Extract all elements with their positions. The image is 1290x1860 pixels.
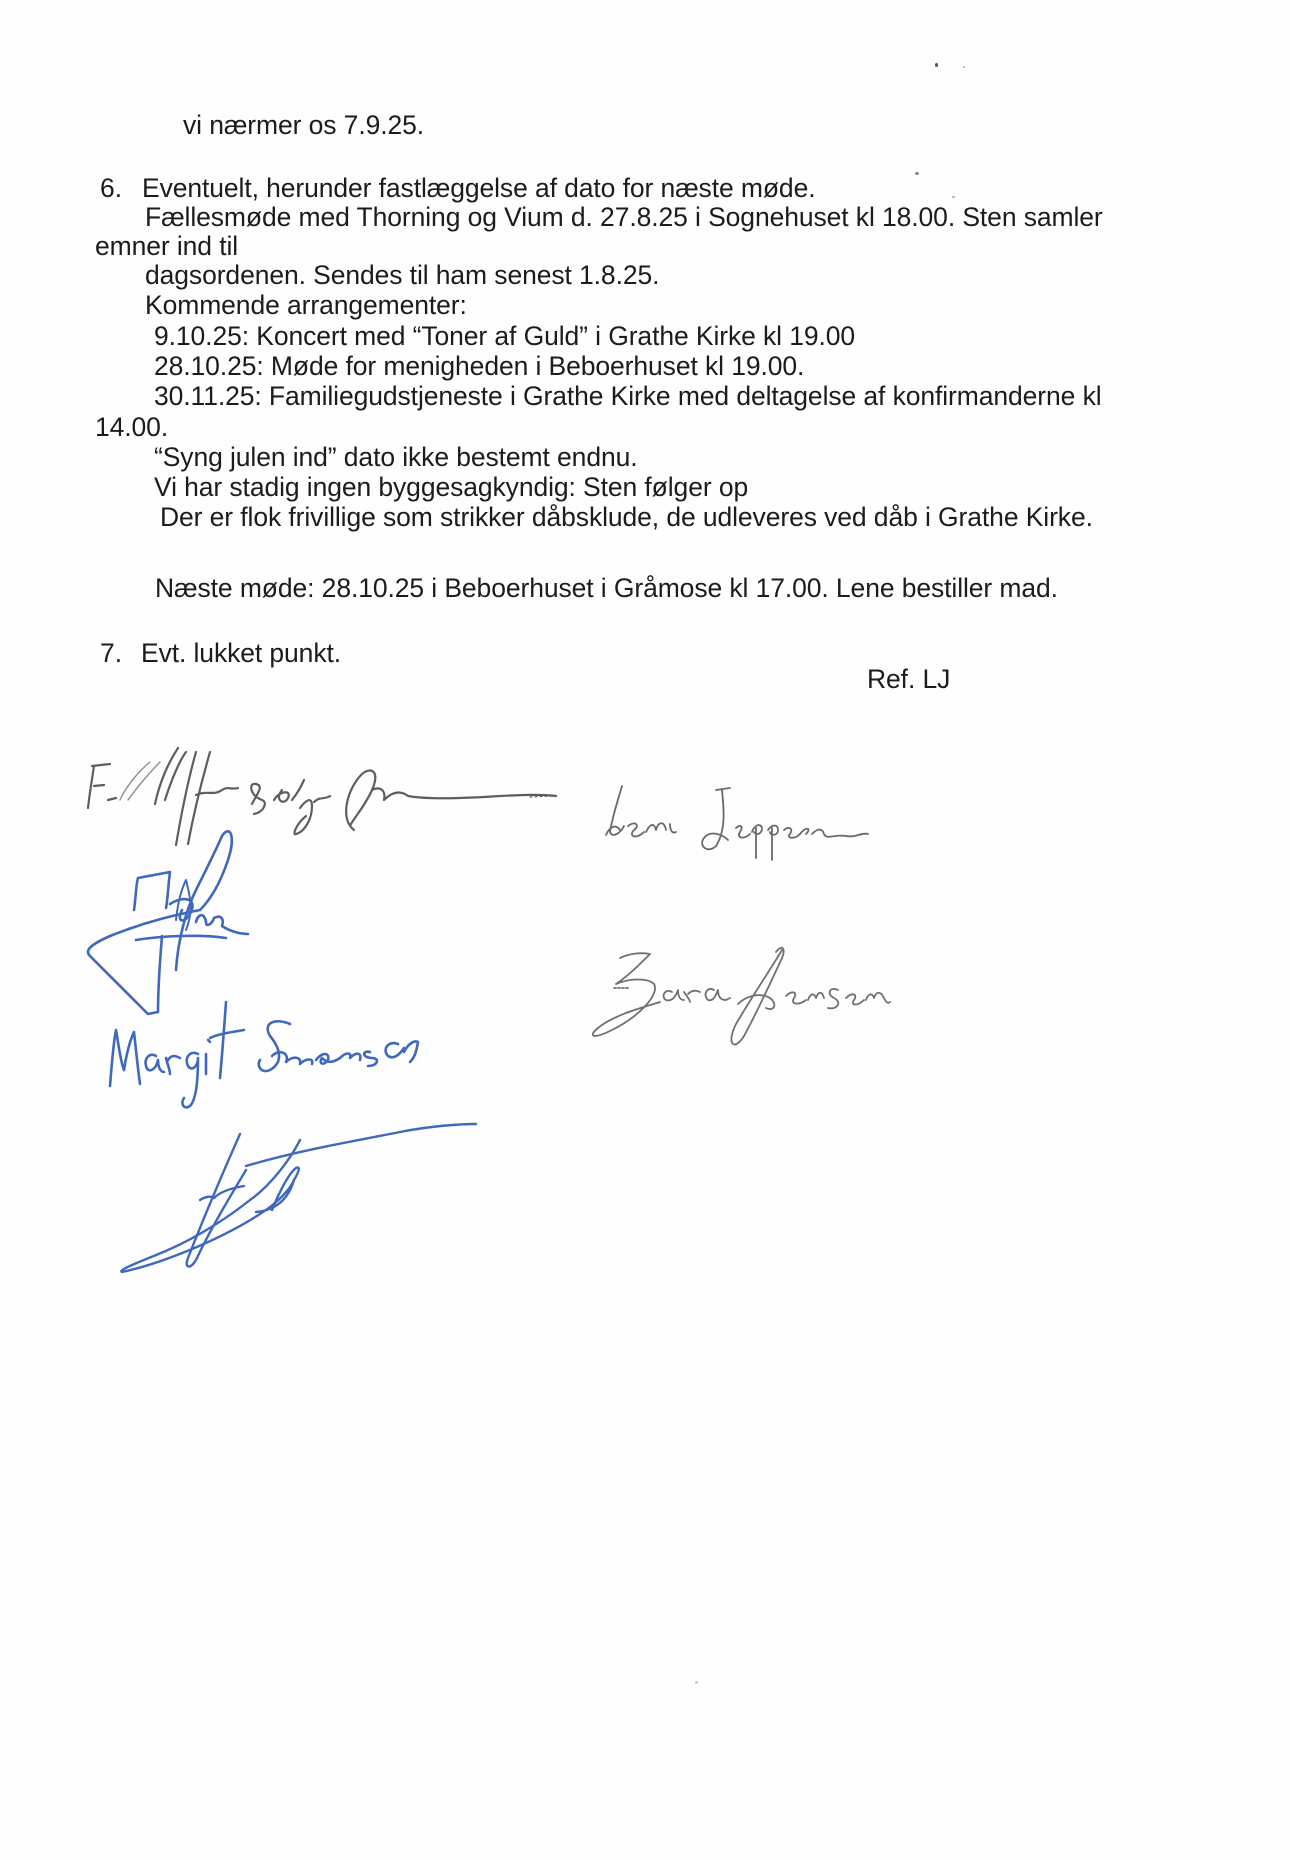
- event-line: 9.10.25: Koncert med “Toner af Guld” i G…: [154, 323, 855, 350]
- referent-label: Ref. LJ: [867, 666, 950, 693]
- item-number: 7.: [100, 640, 122, 667]
- body-line: 14.00.: [95, 414, 168, 441]
- body-line: dagsordenen. Sendes til ham senest 1.8.2…: [145, 262, 659, 289]
- body-line: emner ind til: [95, 233, 238, 260]
- signature-initials-blue: [88, 831, 248, 1014]
- event-line: 28.10.25: Møde for menigheden i Beboerhu…: [154, 353, 804, 380]
- item-title: Eventuelt, herunder fastlæggelse af dato…: [142, 175, 815, 202]
- body-line: “Syng julen ind” dato ikke bestemt endnu…: [154, 444, 638, 471]
- signature-lene-jeppesen: [606, 786, 868, 860]
- next-meeting-line: Næste møde: 28.10.25 i Beboerhuset i Grå…: [155, 575, 1058, 602]
- body-line: Der er flok frivillige som strikker dåbs…: [160, 504, 1093, 531]
- scan-speck: [915, 172, 919, 175]
- body-line: Vi har stadig ingen byggesagkyndig: Sten…: [154, 474, 748, 501]
- item-number: 6.: [100, 175, 122, 202]
- scan-speck: [935, 63, 938, 67]
- body-line: Kommende arrangementer:: [145, 292, 467, 319]
- signature-bottom-blue: [121, 1124, 476, 1272]
- body-line: Fællesmøde med Thorning og Vium d. 27.8.…: [145, 204, 1103, 231]
- event-line: 30.11.25: Familiegudstjeneste i Grathe K…: [154, 383, 1102, 410]
- scan-speck: [952, 196, 955, 198]
- scanned-document-page: vi nærmer os 7.9.25. 6. Eventuelt, herun…: [0, 0, 1290, 1860]
- scan-speck: [963, 66, 965, 68]
- signature-margit-sorensen: [110, 1002, 418, 1107]
- item-title: Evt. lukket punkt.: [141, 640, 341, 667]
- signature-1: [88, 748, 556, 845]
- signature-sara-jensen: [593, 948, 890, 1045]
- continuation-line: vi nærmer os 7.9.25.: [183, 112, 424, 139]
- scan-speck: [695, 1681, 698, 1684]
